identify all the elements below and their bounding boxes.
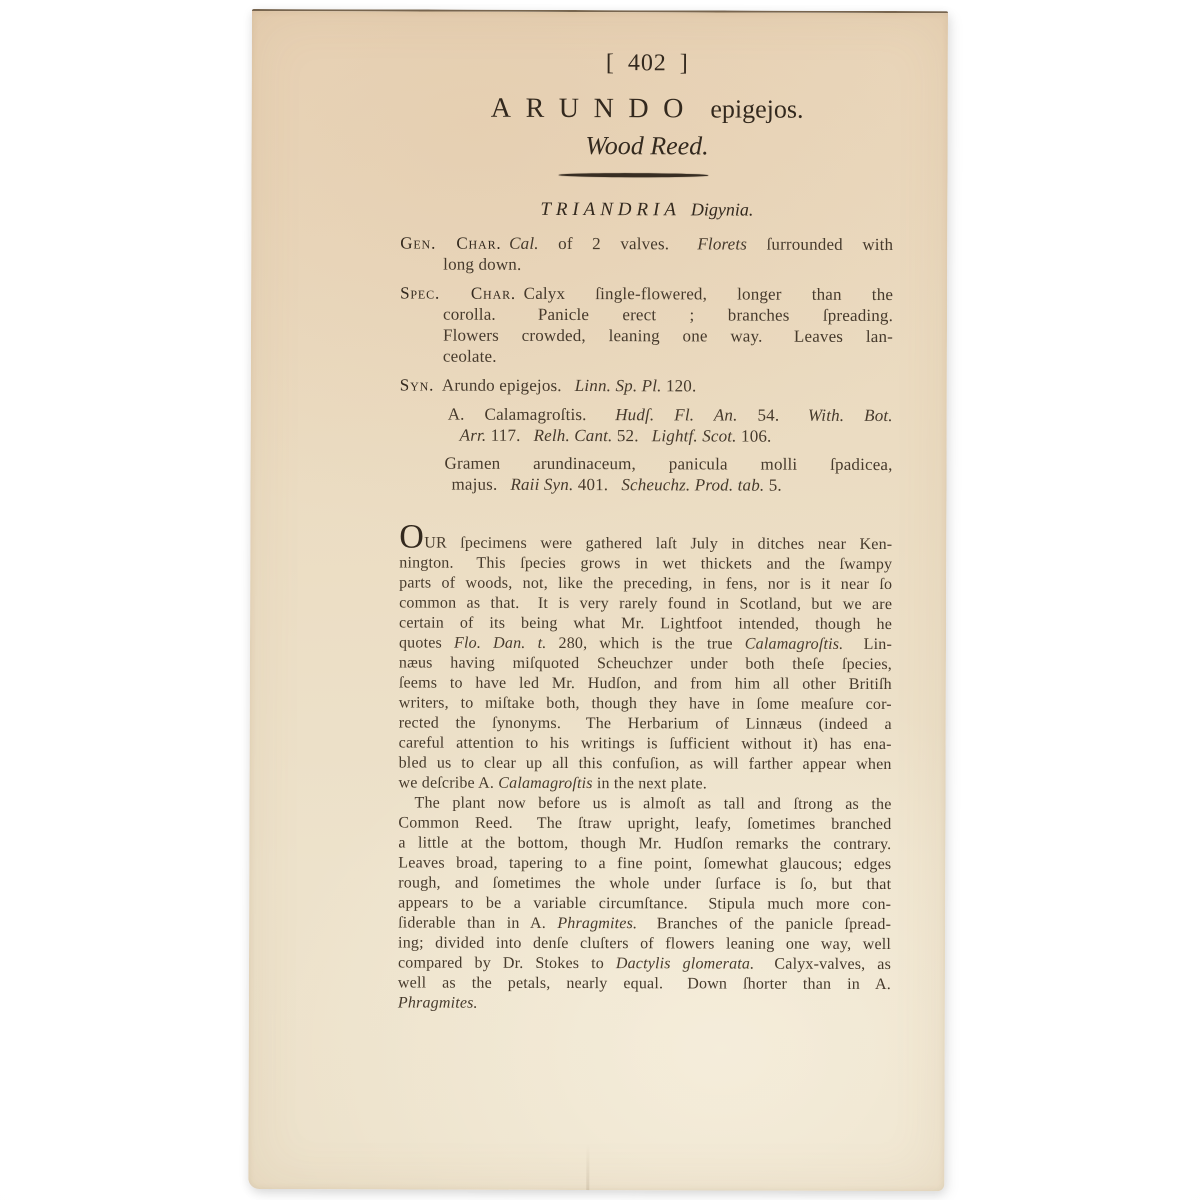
text-line: Common Reed. The ſtraw upright, leafy, ſ… [398,813,891,835]
text-line: ſiderable than in A. Phragmites. Branche… [398,913,891,935]
syn-paragraph: Syn.Arundo epigejos. Linn. Sp. Pl. 120. [400,374,893,397]
text-line: rected the ſynonyms. The Herbarium of Li… [399,713,892,735]
text-line: ing; divided into denſe cluſters of flow… [398,933,891,955]
text-line: Syn.Arundo epigejos. Linn. Sp. Pl. 120. [400,374,893,397]
book-page: [402] ARUNDOepigejos. Wood Reed. TRIANDR… [248,9,948,1191]
text-line: OUR ſpecimens were gathered laſt July in… [399,533,892,555]
syn-item-calamagrostis: A. Calamagroſtis. Hudſ. Fl. An. 54. With… [400,403,893,447]
scan-background: [402] ARUNDOepigejos. Wood Reed. TRIANDR… [0,0,1200,1200]
body-paragraph-1: OUR ſpecimens were gathered laſt July in… [399,533,893,795]
text-line: Gen. Char.Cal. of 2 valves. Florets ſurr… [400,232,893,255]
text-line: ceolate. [443,346,893,368]
syn-item-gramen: Gramen arundinaceum, panicula molli ſpad… [399,452,892,496]
gen-char-paragraph: Gen. Char.Cal. of 2 valves. Florets ſurr… [400,232,893,276]
linnaean-order: Digynia. [691,199,754,219]
species-epithet: epigejos. [710,94,803,123]
left-bracket: [ [606,50,615,76]
spec-char-paragraph: Spec. Char.Calyx ſingle-flowered, longer… [400,282,893,368]
text-line: The plant now before us is almoſt as tal… [398,793,891,815]
page-content: [402] ARUNDOepigejos. Wood Reed. TRIANDR… [248,11,948,1191]
text-line: corolla. Panicle erect ; branches ſpread… [443,304,893,326]
text-column: [402] ARUNDOepigejos. Wood Reed. TRIANDR… [398,49,894,1015]
title-line: ARUNDOepigejos. [401,91,894,127]
genus-name: ARUNDO [491,93,698,125]
text-line: compared by Dr. Stokes to Dactylis glome… [398,953,891,975]
text-line: quotes Flo. Dan. t. 280, which is the tr… [399,633,892,655]
body-text: OUR ſpecimens were gathered laſt July in… [398,533,893,1015]
divider-rule [558,173,708,177]
page-number-line: [402] [401,49,894,77]
text-line: we deſcribe A. Calamagroſtis in the next… [399,773,892,795]
linnaean-class: TRIANDRIA [540,199,681,220]
text-line: Spec. Char.Calyx ſingle-flowered, longer… [400,282,893,305]
page-number: 402 [628,50,667,76]
classification-line: TRIANDRIADigynia. [400,196,893,223]
text-line: careful attention to his writings is ſuf… [399,733,892,755]
text-line: appears to be a variable circumſtance. S… [398,893,891,915]
body-paragraph-2: The plant now before us is almoſt as tal… [398,793,892,1015]
text-line: parts of woods, not, like the preceding,… [399,573,892,595]
common-name: Wood Reed. [401,130,894,162]
text-line: rough, and ſometimes the whole under ſur… [398,873,891,895]
text-line: bled us to clear up all this confuſion, … [399,753,892,775]
text-line: næus having miſquoted Scheuchzer under b… [399,653,892,675]
text-line: well as the petals, nearly equal. Down ſ… [398,973,891,995]
text-line: Arr. 117. Relh. Cant. 52. Lightf. Scot. … [460,425,893,447]
text-line: a little at the bottom, though Mr. Hudſo… [398,833,891,855]
text-line: Leaves broad, tapering to a fine point, … [398,853,891,875]
text-line: Gramen arundinaceum, panicula molli ſpad… [445,453,893,475]
right-bracket: ] [680,50,689,76]
text-line: A. Calamagroſtis. Hudſ. Fl. An. 54. With… [448,404,893,426]
text-line: certain of its being what Mr. Lightfoot … [399,613,892,635]
text-line: common as that. It is very rarely found … [399,593,892,615]
text-line: long down. [443,254,893,276]
text-line: majus. Raii Syn. 401. Scheuchz. Prod. ta… [451,474,892,496]
text-line: Flowers crowded, leaning one way. Leaves… [443,325,893,347]
text-line: writers, to miſtake both, though they ha… [399,693,892,715]
text-line: nington. This ſpecies grows in wet thick… [399,553,892,575]
text-line: ſeems to have led Mr. Hudſon, and from h… [399,673,892,695]
text-line: Phragmites. [398,993,891,1015]
